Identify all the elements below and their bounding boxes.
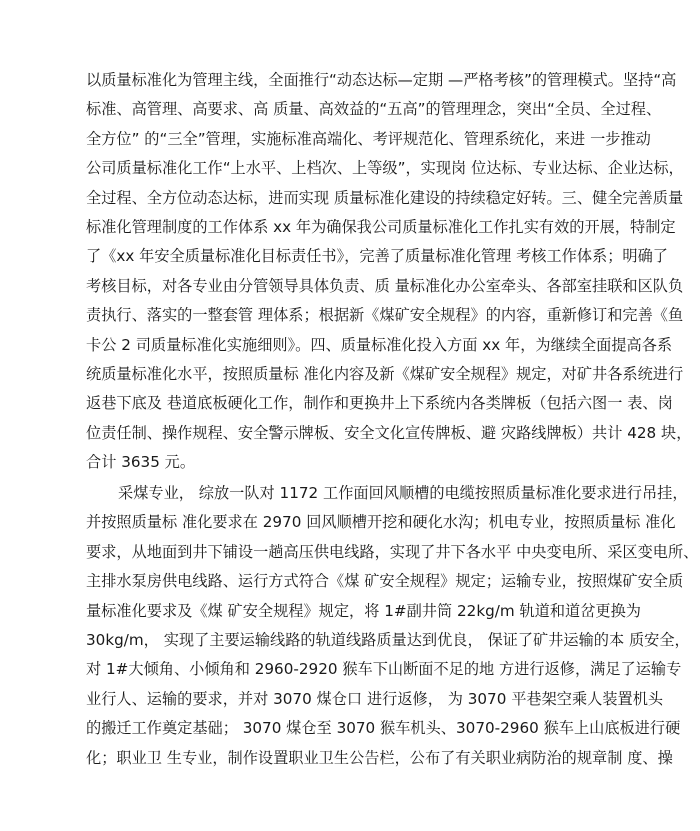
text-line: 合计 3635 元。 <box>86 448 616 477</box>
text-line: 卡公 2 司质量标准化实施细则》。四、质量标准化投入方面 xx 年，为继续全面提… <box>86 331 616 360</box>
paragraph-specialty-work: 采煤专业， 综放一队对 1172 工作面回风顺槽的电缆按照质量标准化要求进行吊挂… <box>86 479 616 773</box>
text-line: 化；职业卫 生专业，制作设置职业卫生公告栏，公布了有关职业病防治的规章制 度、操 <box>86 744 616 773</box>
text-line: 量标准化要求及《煤 矿安全规程》规定，将 1#副井筒 22kg/m 轨道和道岔更… <box>86 597 616 626</box>
text-line: 采煤专业， 综放一队对 1172 工作面回风顺槽的电缆按照质量标准化要求进行吊挂… <box>86 479 616 508</box>
text-line: 责执行、落实的一整套管 理体系；根据新《煤矿安全规程》的内容，重新修订和完善《鱼 <box>86 301 616 330</box>
text-line: 标准化管理制度的工作体系 xx 年为确保我公司质量标准化工作扎实有效的开展，特制… <box>86 213 616 242</box>
paragraph-quality-standardization: 以质量标准化为管理主线，全面推行“动态达标—定期 —严格考核”的管理模式。坚持“… <box>86 66 616 477</box>
text-line: 30kg/m， 实现了主要运输线路的轨道线路质量达到优良， 保证了矿井运输的本 … <box>86 626 616 655</box>
text-line: 了《xx 年安全质量标准化目标责任书》，完善了质量标准化管理 考核工作体系；明确… <box>86 242 616 271</box>
text-line: 公司质量标准化工作“上水平、上档次、上等级”，实现岗 位达标、专业达标、企业达标… <box>86 154 616 183</box>
text-line: 统质量标准化水平，按照质量标 准化内容及新《煤矿安全规程》规定，对矿井各系统进行 <box>86 360 616 389</box>
text-line: 考核目标，对各专业由分管领导具体负责、质 量标准化办公室牵头、各部室挂联和区队负 <box>86 272 616 301</box>
document-page: 以质量标准化为管理主线，全面推行“动态达标—定期 —严格考核”的管理模式。坚持“… <box>0 0 700 831</box>
text-line: 主排水泵房供电线路、运行方式符合《煤 矿安全规程》规定；运输专业，按照煤矿安全质 <box>86 567 616 596</box>
text-line: 对 1#大倾角、小倾角和 2960-2920 猴车下山断面不足的地 方进行返修，… <box>86 655 616 684</box>
text-line: 位责任制、操作规程、安全警示牌板、安全文化宣传牌板、避 灾路线牌板）共计 428… <box>86 419 616 448</box>
text-line: 标准、高管理、高要求、高 质量、高效益的“五高”的管理理念，突出“全员、全过程、 <box>86 95 616 124</box>
text-line: 要求，从地面到井下铺设一趟高压供电线路，实现了井下各水平 中央变电所、采区变电所… <box>86 538 616 567</box>
text-line: 并按照质量标 准化要求在 2970 回风顺槽开挖和硬化水沟；机电专业，按照质量标… <box>86 508 616 537</box>
text-line: 全过程、全方位动态达标，进而实现 质量标准化建设的持续稳定好转。三、健全完善质量 <box>86 184 616 213</box>
text-line: 的搬迁工作奠定基础； 3070 煤仓至 3070 猴车机头、3070-2960 … <box>86 714 616 743</box>
text-line: 全方位” 的“三全”管理，实施标准高端化、考评规范化、管理系统化，来进 一步推动 <box>86 125 616 154</box>
text-line: 以质量标准化为管理主线，全面推行“动态达标—定期 —严格考核”的管理模式。坚持“… <box>86 66 616 95</box>
text-line: 返巷下底及 巷道底板硬化工作，制作和更换井上下系统内各类牌板（包括六图一 表、岗 <box>86 389 616 418</box>
text-line: 业行人、运输的要求，并对 3070 煤仓口 进行返修， 为 3070 平巷架空乘… <box>86 685 616 714</box>
